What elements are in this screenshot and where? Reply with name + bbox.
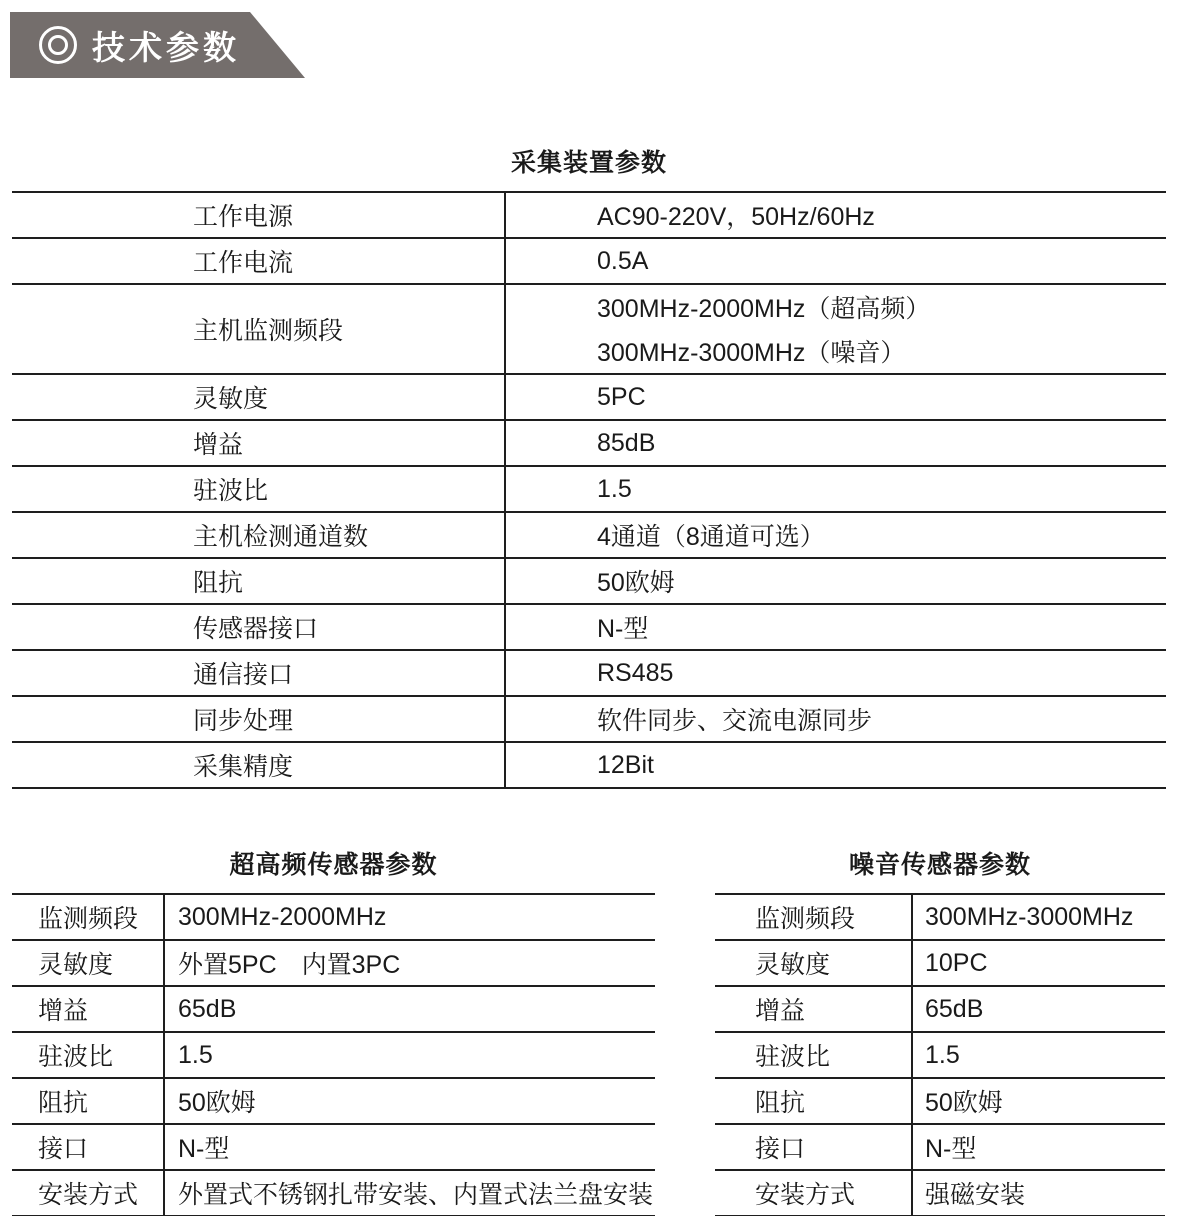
row-value: 外置式不锈钢扎带安装、内置式法兰盘安装	[165, 1171, 655, 1215]
row-value: 12Bit	[506, 743, 1166, 787]
row-label: 灵敏度	[12, 375, 506, 419]
noise-sensor-table-title: 噪音传感器参数	[715, 845, 1165, 881]
table-row: 驻波比 1.5	[12, 1031, 655, 1077]
row-value: 外置5PC 内置3PC	[165, 941, 655, 985]
table-row: 主机检测通道数 4通道（8通道可选）	[12, 511, 1166, 557]
table-row: 阻抗 50欧姆	[715, 1077, 1165, 1123]
uhf-sensor-table: 监测频段 300MHz-2000MHz 灵敏度 外置5PC 内置3PC 增益 6…	[12, 893, 655, 1216]
row-value: 300MHz-3000MHz	[913, 895, 1165, 939]
table-row: 增益 65dB	[715, 985, 1165, 1031]
row-label: 灵敏度	[12, 941, 165, 985]
table-row: 驻波比 1.5	[715, 1031, 1165, 1077]
table-row: 采集精度 12Bit	[12, 741, 1166, 787]
row-label: 同步处理	[12, 697, 506, 741]
row-label: 工作电流	[12, 239, 506, 283]
table-row: 监测频段 300MHz-3000MHz	[715, 893, 1165, 939]
table-row: 灵敏度 10PC	[715, 939, 1165, 985]
row-value: 0.5A	[506, 239, 1166, 283]
row-value: 强磁安装	[913, 1171, 1165, 1215]
row-label: 增益	[715, 987, 913, 1031]
row-label: 主机监测频段	[12, 285, 506, 373]
table-row: 安装方式 强磁安装	[715, 1169, 1165, 1215]
spec-sheet-page: 技术参数 采集装置参数 工作电源 AC90-220V，50Hz/60Hz 工作电…	[0, 0, 1178, 1216]
table-row: 驻波比 1.5	[12, 465, 1166, 511]
table-row: 增益 85dB	[12, 419, 1166, 465]
table-row: 接口 N-型	[715, 1123, 1165, 1169]
row-value: 300MHz-2000MHz	[165, 895, 655, 939]
row-value: 4通道（8通道可选）	[506, 513, 1166, 557]
double-circle-icon-inner	[48, 35, 68, 55]
table-row: 传感器接口 N-型	[12, 603, 1166, 649]
row-value: 5PC	[506, 375, 1166, 419]
row-label: 增益	[12, 421, 506, 465]
row-label: 阻抗	[12, 559, 506, 603]
row-value: 软件同步、交流电源同步	[506, 697, 1166, 741]
row-value: 300MHz-2000MHz（超高频） 300MHz-3000MHz（噪音）	[506, 285, 1166, 373]
row-label: 接口	[715, 1125, 913, 1169]
row-value: 65dB	[165, 987, 655, 1031]
uhf-sensor-table-title: 超高频传感器参数	[12, 845, 655, 881]
row-value-line: 300MHz-2000MHz（超高频）	[597, 285, 1166, 329]
row-value: RS485	[506, 651, 1166, 695]
row-label: 采集精度	[12, 743, 506, 787]
row-value: 1.5	[506, 467, 1166, 511]
row-label: 传感器接口	[12, 605, 506, 649]
row-value: 10PC	[913, 941, 1165, 985]
table-row: 阻抗 50欧姆	[12, 1077, 655, 1123]
row-value: N-型	[506, 605, 1166, 649]
row-value: N-型	[913, 1125, 1165, 1169]
row-label: 监测频段	[715, 895, 913, 939]
row-label: 灵敏度	[715, 941, 913, 985]
table-row: 灵敏度 外置5PC 内置3PC	[12, 939, 655, 985]
row-label: 增益	[12, 987, 165, 1031]
section-header-title: 技术参数	[92, 22, 240, 69]
row-label: 安装方式	[12, 1171, 165, 1215]
row-value: 85dB	[506, 421, 1166, 465]
row-label: 阻抗	[12, 1079, 165, 1123]
table-row: 通信接口 RS485	[12, 649, 1166, 695]
row-label: 安装方式	[715, 1171, 913, 1215]
main-table-title: 采集装置参数	[0, 143, 1178, 179]
row-value: AC90-220V，50Hz/60Hz	[506, 193, 1166, 237]
table-row: 安装方式 外置式不锈钢扎带安装、内置式法兰盘安装	[12, 1169, 655, 1215]
table-row: 同步处理 软件同步、交流电源同步	[12, 695, 1166, 741]
section-header-banner: 技术参数	[10, 12, 305, 78]
row-label: 驻波比	[715, 1033, 913, 1077]
table-row: 灵敏度 5PC	[12, 373, 1166, 419]
table-row: 监测频段 300MHz-2000MHz	[12, 893, 655, 939]
row-label: 主机检测通道数	[12, 513, 506, 557]
row-value: N-型	[165, 1125, 655, 1169]
noise-sensor-table: 监测频段 300MHz-3000MHz 灵敏度 10PC 增益 65dB 驻波比…	[715, 893, 1165, 1216]
row-value: 50欧姆	[165, 1079, 655, 1123]
row-label: 通信接口	[12, 651, 506, 695]
row-label: 监测频段	[12, 895, 165, 939]
row-label: 驻波比	[12, 1033, 165, 1077]
table-row: 增益 65dB	[12, 985, 655, 1031]
table-row: 工作电流 0.5A	[12, 237, 1166, 283]
table-row: 阻抗 50欧姆	[12, 557, 1166, 603]
row-label: 接口	[12, 1125, 165, 1169]
row-label: 工作电源	[12, 193, 506, 237]
row-value: 65dB	[913, 987, 1165, 1031]
row-label: 驻波比	[12, 467, 506, 511]
table-row: 主机监测频段 300MHz-2000MHz（超高频） 300MHz-3000MH…	[12, 283, 1166, 373]
row-value: 1.5	[913, 1033, 1165, 1077]
row-value-line: 300MHz-3000MHz（噪音）	[597, 329, 1166, 373]
row-value: 1.5	[165, 1033, 655, 1077]
row-value: 50欧姆	[506, 559, 1166, 603]
row-label: 阻抗	[715, 1079, 913, 1123]
table-row: 工作电源 AC90-220V，50Hz/60Hz	[12, 191, 1166, 237]
acquisition-device-table: 工作电源 AC90-220V，50Hz/60Hz 工作电流 0.5A 主机监测频…	[12, 191, 1166, 789]
table-row: 接口 N-型	[12, 1123, 655, 1169]
row-value: 50欧姆	[913, 1079, 1165, 1123]
double-circle-icon	[39, 26, 77, 64]
